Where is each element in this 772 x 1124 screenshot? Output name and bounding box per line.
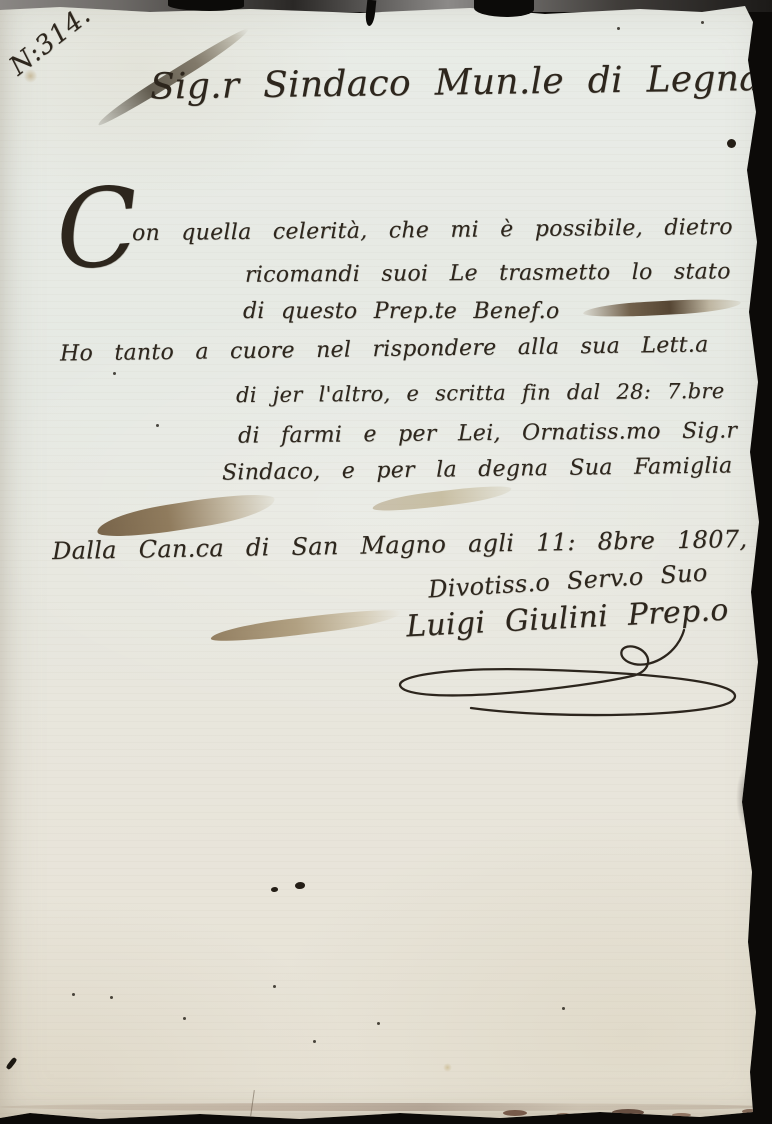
paper-speck [273,985,276,988]
paper-speck [701,21,704,24]
recipient-line: Sig.r Sindaco Mun.le di Legnano [150,57,772,107]
ink-smear [210,605,403,645]
paper-speck [110,996,113,999]
paper-speck [72,993,75,996]
paper-speck [562,1007,565,1010]
crease-stain [556,1113,571,1117]
torn-edge-shadow [168,0,244,11]
registry-number: N:314. [4,0,97,82]
body-line: Sindaco, e per la degna Sua Famiglia [222,453,733,485]
ink-dot [271,887,278,892]
ink-dot [727,139,736,148]
crease-stain [742,1109,758,1114]
drop-cap-initial: C [52,173,142,287]
body-line: on quella celerità, che mi è possibile, … [132,215,733,246]
signature-flourish [378,628,758,723]
body-line: di questo Prep.te Benef.o [243,299,560,324]
ink-smear [583,297,742,319]
body-line: Ho tanto a cuore nel rispondere alla sua… [60,332,709,366]
body-line: di jer l'altro, e scritta fin dal 28: 7.… [236,379,725,407]
fold-crease [0,1103,772,1111]
paper-stain [443,1063,452,1072]
paper-speck [156,424,159,427]
paper-sheet: N:314. Sig.r Sindaco Mun.le di Legnano C… [0,0,772,1124]
paper-speck [377,1022,380,1025]
paper-speck [6,1057,18,1070]
ink-smear [372,483,513,515]
body-line: ricomandi suoi Le trasmetto lo stato [245,259,731,287]
edge-smudge [736,766,754,830]
paper-speck [183,1017,186,1020]
paper-stain [24,69,37,83]
body-line: di farmi e per Lei, Ornatiss.mo Sig.r [238,418,737,448]
paper-speck [617,27,620,30]
crease-stain [672,1113,691,1117]
scanned-letter-page: N:314. Sig.r Sindaco Mun.le di Legnano C… [0,0,772,1124]
ink-dot [295,882,305,889]
crease-stain [503,1110,527,1116]
paper-speck [313,1040,316,1043]
paper-speck [113,372,116,375]
crease-stain [612,1109,644,1116]
